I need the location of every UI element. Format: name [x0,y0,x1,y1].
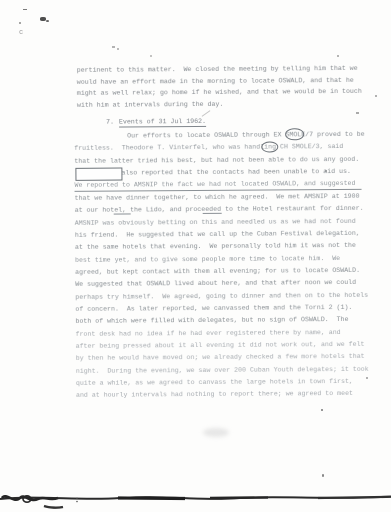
paragraph-2: Our efforts to locate OSWALD through EX … [0,0,389,1]
text-line: his friend. He suggested that we call up… [75,230,360,239]
text-line: with him at intervals during the day. [77,101,223,109]
text-line: pertinent to this matter. We closed the … [77,65,358,74]
text-line: quite a while, as we agreed to canvass t… [76,378,353,387]
section-title: Events of 31 Jul 1962. [119,118,206,128]
text-line: night. During the evening, we saw over 2… [76,365,369,374]
text-line: AMSNIP was obviously betting on this and… [75,217,356,226]
paragraph-1: pertinent to this matter. We closed the … [0,0,389,1]
text-line: fruitless. Theodore T. Vinterfel, who wa… [74,143,343,152]
text-line: both of which were filled with delegates… [75,316,348,325]
text-line: at the same hotels that evening. We pers… [75,242,356,251]
text-line: by then he would have moved on; we alrea… [76,353,365,362]
text-line: and at hourly intervals had nothing to r… [76,390,353,399]
underline-mark [203,213,222,214]
section-heading: 7. Events of 31 Jul 1962. [106,118,206,128]
circled-text-oval [285,128,304,140]
text-line: We suggested that OSWALD lived about her… [75,279,356,288]
text-line: would have an effort made in the morning… [77,76,354,85]
scanned-document-page: c pertinent to this matter. We closed th… [0,0,391,512]
text-line: Our efforts to locate OSWALD through EX … [127,131,364,140]
scan-edge-artifact [0,488,391,512]
text-line: might as well relax; go home if he wishe… [77,88,362,97]
text-line: that the latter tried his best, but had … [74,156,359,165]
underline-mark [114,213,131,214]
underline-mark [75,189,362,192]
text-line: after being pressed about it all evening… [76,341,365,350]
typewritten-text-layer: pertinent to this matter. We closed the … [0,0,391,512]
text-line: best time yet, and to give some people m… [75,254,340,263]
circled-text-oval [261,141,278,152]
redaction-box [75,167,122,181]
text-line: We reported to AMSNIP the fact we had no… [74,180,355,189]
text-line: of concern. As later reported, we canvas… [75,304,352,313]
text-line: agreed, but kept contact with them all e… [75,267,360,276]
text-line: perhaps try himself. We agreed, going to… [75,291,368,300]
text-line: that we have dinner together, to which h… [75,193,360,202]
section-number: 7. [106,119,114,128]
text-line: also reported that the contacts had been… [121,168,351,177]
text-line: front desk had no idea if he had ever re… [76,329,341,338]
